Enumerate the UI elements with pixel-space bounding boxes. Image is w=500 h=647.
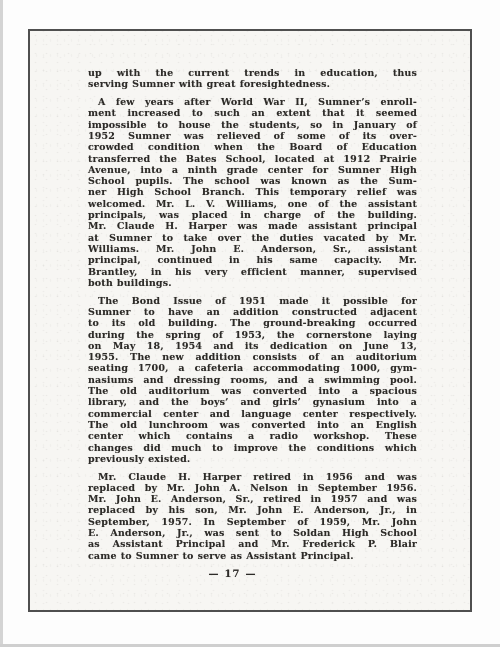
text-line: came to Sumner to serve as Assistant Pri… [88,551,417,562]
text-line: Mr. Claude H. Harper retired in 1956 and… [88,472,417,483]
text-line: center which contains a radio workshop. … [88,431,417,442]
text-line: nasiums and dressing rooms, and a swimmi… [88,375,417,386]
text-line: 1952 Sumner was relieved of some of its … [88,131,417,142]
text-line: transferred the Bates School, located at… [88,154,417,165]
text-line: to its old building. The ground-breaking… [88,318,417,329]
paragraph: A few years after World War II, Sumner’s… [88,97,417,289]
text-line: E. Anderson, Jr., was sent to Soldan Hig… [88,528,417,539]
scanner-edge-strip-left [0,0,3,647]
text-line: library, and the boys’ and girls’ gynasi… [88,397,417,408]
body-text: up with the current trends in education,… [88,68,417,580]
page-number: — 17 — [68,569,397,580]
paragraph: Mr. Claude H. Harper retired in 1956 and… [88,472,417,562]
text-line: Williams. Mr. John E. Anderson, Sr., ass… [88,244,417,255]
text-line: replaced by his son, Mr. John E. Anderso… [88,505,417,516]
scanned-document-canvas: up with the current trends in education,… [0,0,500,647]
text-line: Sumner to have an addition constructed a… [88,307,417,318]
text-line: serving Sumner with great foresightednes… [88,79,417,90]
text-line: seating 1700, a cafeteria accommodating … [88,363,417,374]
paragraph: up with the current trends in education,… [88,68,417,91]
text-line: previously existed. [88,454,417,465]
text-line: crowded condition when the Board of Educ… [88,142,417,153]
text-line: The old auditorium was converted into a … [88,386,417,397]
text-line: principal, continued in his same capacit… [88,255,417,266]
text-line: both buildings. [88,278,417,289]
text-line: during the spring of 1953, the cornersto… [88,330,417,341]
text-line: September, 1957. In September of 1959, M… [88,517,417,528]
text-line: replaced by Mr. John A. Nelson in Septem… [88,483,417,494]
text-line: ner High School Branch. This temporary r… [88,187,417,198]
text-line: Brantley, in his very efficient manner, … [88,267,417,278]
text-line: The old lunchroom was converted into an … [88,420,417,431]
text-line: principals, was placed in charge of the … [88,210,417,221]
text-line: Avenue, into a ninth grade center for Su… [88,165,417,176]
text-line: on May 18, 1954 and its dedication on Ju… [88,341,417,352]
text-line: School pupils. The school was known as t… [88,176,417,187]
text-line: commercial center and language center re… [88,409,417,420]
paragraph: The Bond Issue of 1951 made it possible … [88,296,417,465]
text-line: changes did much to improve the conditio… [88,443,417,454]
text-line: The Bond Issue of 1951 made it possible … [88,296,417,307]
text-line: as Assistant Principal and Mr. Frederick… [88,539,417,550]
text-line: up with the current trends in education,… [88,68,417,79]
text-line: welcomed. Mr. L. V. Williams, one of the… [88,199,417,210]
text-line: 1955. The new addition consists of an au… [88,352,417,363]
text-line: at Sumner to take over the duties vacate… [88,233,417,244]
text-line: Mr. Claude H. Harper was made assistant … [88,221,417,232]
text-line: impossible to house the students, so in … [88,120,417,131]
text-line: Mr. John E. Anderson, Sr., retired in 19… [88,494,417,505]
document-page: up with the current trends in education,… [28,29,472,612]
text-line: A few years after World War II, Sumner’s… [88,97,417,108]
text-line: ment increased to such an extent that it… [88,108,417,119]
